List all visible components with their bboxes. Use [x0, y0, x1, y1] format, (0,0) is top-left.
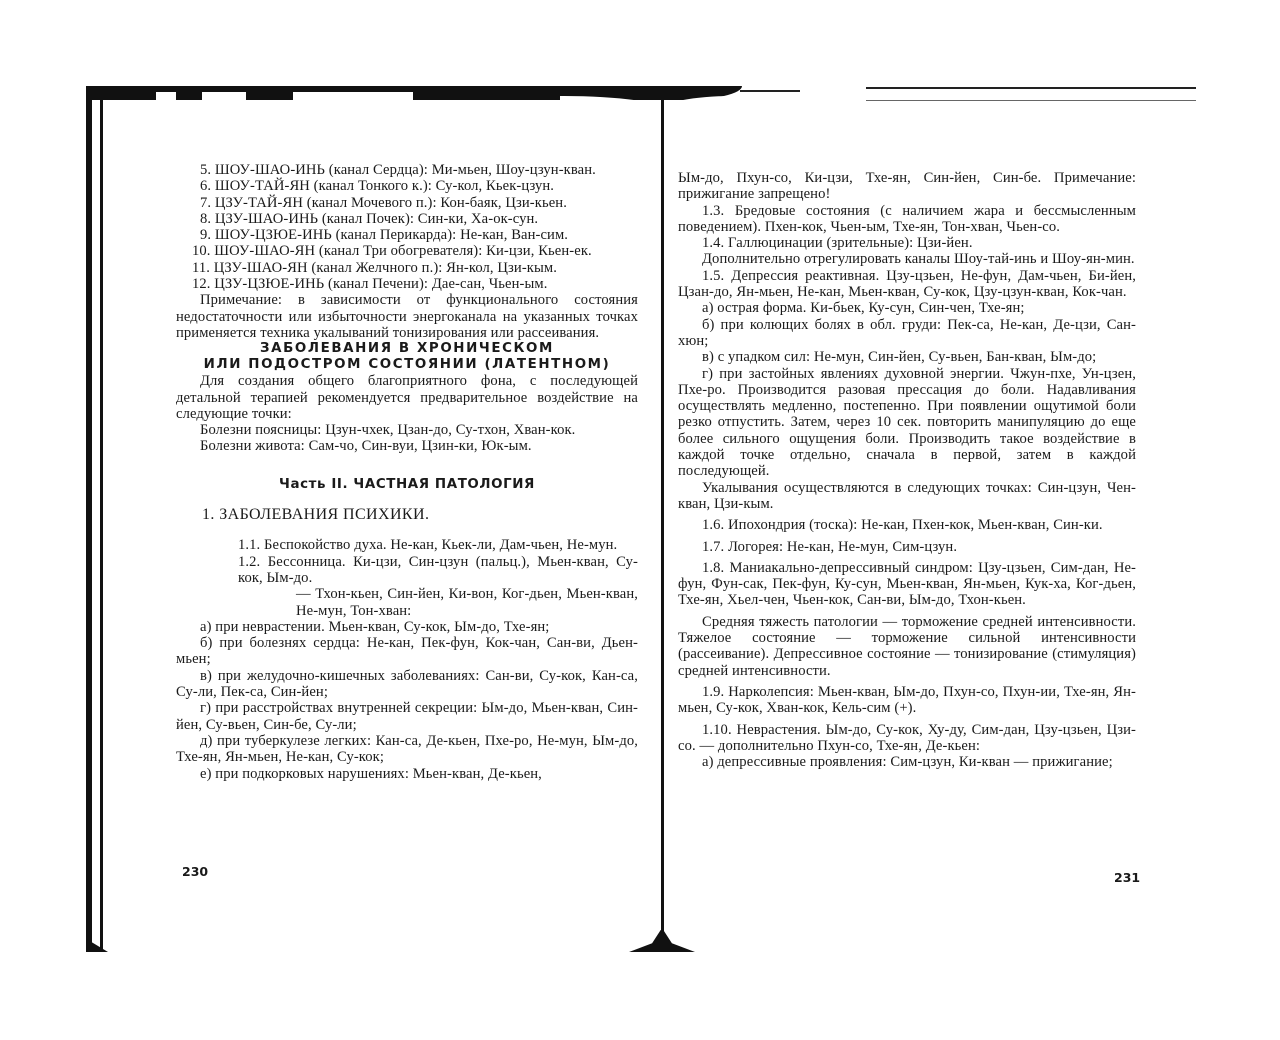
channel-text: ЦЗУ-ЦЗЮЕ-ИНЬ (канал Печени): Дае-сан, Чь… — [214, 276, 547, 292]
subitem-list: а) при неврастении. Мьен-кван, Су-кок, Ы… — [176, 619, 638, 782]
channel-text: ЦЗУ-ШАО-ИНЬ (канал Почек): Син-ки, Ха-ок… — [215, 211, 538, 227]
right-paragraph: 1.7. Логорея: Не-кан, Не-мун, Сим-цзун. — [678, 539, 1136, 555]
right-paragraph: Дополнительно отрегулировать каналы Шоу-… — [678, 251, 1136, 267]
channel-number: 5. — [200, 162, 211, 178]
top-rule — [866, 87, 1196, 89]
right-paragraph: 1.3. Бредовые состояния (с наличием жара… — [678, 203, 1136, 236]
chronic-heading-line1: ЗАБОЛЕВАНИЯ В ХРОНИЧЕСКОМ — [176, 341, 638, 357]
right-paragraph: 1.8. Маниакально-депрессивный синдром: Ц… — [678, 560, 1136, 609]
channel-text: ШОУ-ТАЙ-ЯН (канал Тонкого к.): Су-кол, К… — [215, 178, 554, 194]
intro-paragraph: Для создания общего благоприятного фона,… — [176, 373, 638, 422]
channel-list: 5. ШОУ-ШАО-ИНЬ (канал Сердца): Ми-мьен, … — [176, 162, 638, 292]
book-spine — [661, 100, 664, 940]
abdomen-points: Болезни живота: Сам-чо, Син-вуи, Цзин-ки… — [176, 438, 638, 454]
channel-item: 10. ШОУ-ШАО-ЯН (канал Три обогревателя):… — [176, 243, 638, 259]
page-number-left: 230 — [182, 864, 208, 879]
right-paragraph: Ым-до, Пхун-со, Ки-цзи, Тхе-ян, Син-йен,… — [678, 170, 1136, 203]
right-paragraph: в) с упадком сил: Не-мун, Син-йен, Су-вь… — [678, 349, 1136, 365]
right-paragraph: Средняя тяжесть патологии — торможение с… — [678, 614, 1136, 679]
chronic-heading-line2: ИЛИ ПОДОСТРОМ СОСТОЯНИИ (ЛАТЕНТНОМ) — [176, 357, 638, 373]
item-1-2: 1.2. Бессонница. Ки-цзи, Син-цзун (пальц… — [176, 554, 638, 587]
right-paragraph: Укалывания осуществляются в следующих то… — [678, 480, 1136, 513]
right-paragraph: г) при застойных явлениях духовной энерг… — [678, 366, 1136, 480]
channel-item: 8. ЦЗУ-ШАО-ИНЬ (канал Почек): Син-ки, Ха… — [176, 211, 638, 227]
right-paragraph: а) депрессивные проявления: Сим-цзун, Ки… — [678, 754, 1136, 770]
right-paragraph: 1.9. Нарколепсия: Мьен-кван, Ым-до, Пхун… — [678, 684, 1136, 717]
part-title: Часть II. ЧАСТНАЯ ПАТОЛОГИЯ — [176, 477, 638, 493]
subitem: е) при подкорковых нарушениях: Мьен-кван… — [176, 766, 638, 782]
channel-number: 9. — [200, 227, 211, 243]
channel-number: 10. — [192, 243, 211, 259]
subitem: в) при желудочно-кишечных заболеваниях: … — [176, 668, 638, 701]
subitem: г) при расстройствах внутренней секреции… — [176, 700, 638, 733]
left-page: 5. ШОУ-ШАО-ИНЬ (канал Сердца): Ми-мьен, … — [176, 162, 638, 782]
channel-item: 9. ШОУ-ЦЗЮЕ-ИНЬ (канал Перикарда): Не-ка… — [176, 227, 638, 243]
band-gap — [293, 92, 413, 100]
subitem: б) при болезнях сердца: Не-кан, Пек-фун,… — [176, 635, 638, 668]
channel-text: ШОУ-ШАО-ИНЬ (канал Сердца): Ми-мьен, Шоу… — [215, 162, 596, 178]
section-title: 1. ЗАБОЛЕВАНИЯ ПСИХИКИ. — [202, 507, 638, 523]
channel-number: 6. — [200, 178, 211, 194]
lumbar-points: Болезни поясницы: Цзун-чхек, Цзан-до, Су… — [176, 422, 638, 438]
right-paragraph: 1.6. Ипохондрия (тоска): Не-кан, Пхен-ко… — [678, 517, 1136, 533]
right-paragraph: б) при колющих болях в обл. груди: Пек-с… — [678, 317, 1136, 350]
edge-bar — [86, 96, 92, 952]
channel-number: 11. — [192, 260, 210, 276]
channel-text: ЦЗУ-ТАЙ-ЯН (канал Мочевого п.): Кон-баяк… — [215, 195, 567, 211]
channel-item: 12. ЦЗУ-ЦЗЮЕ-ИНЬ (канал Печени): Дае-сан… — [176, 276, 638, 292]
item-number: 1.2. — [238, 554, 260, 570]
subitem: а) при неврастении. Мьен-кван, Су-кок, Ы… — [176, 619, 638, 635]
right-paragraph: 1.5. Депрессия реактивная. Цзу-цзьен, Не… — [678, 268, 1136, 301]
item-number: 1.1. — [238, 537, 260, 553]
book-spine-foot — [629, 930, 695, 952]
channel-item: 5. ШОУ-ШАО-ИНЬ (канал Сердца): Ми-мьен, … — [176, 162, 638, 178]
channel-item: 11. ЦЗУ-ШАО-ЯН (канал Желчного п.): Ян-к… — [176, 260, 638, 276]
note-paragraph: Примечание: в зависимости от функциональ… — [176, 292, 638, 341]
band-gap — [202, 92, 246, 100]
channel-text: ЦЗУ-ШАО-ЯН (канал Желчного п.): Ян-кол, … — [214, 260, 557, 276]
right-paragraph: 1.4. Галлюцинации (зрительные): Цзи-йен. — [678, 235, 1136, 251]
channel-item: 6. ШОУ-ТАЙ-ЯН (канал Тонкого к.): Су-кол… — [176, 178, 638, 194]
edge-bar — [100, 96, 103, 952]
page-number-right: 231 — [1114, 870, 1140, 885]
right-paragraph: а) острая форма. Ки-бьек, Ку-сун, Син-че… — [678, 300, 1136, 316]
band-gap — [156, 92, 176, 100]
top-rule — [866, 100, 1196, 101]
right-page: Ым-до, Пхун-со, Ки-цзи, Тхе-ян, Син-йен,… — [678, 170, 1136, 770]
channel-text: ШОУ-ЦЗЮЕ-ИНЬ (канал Перикарда): Не-кан, … — [215, 227, 568, 243]
item-1-1: 1.1. Беспокойство духа. Не-кан, Кьек-ли,… — [176, 537, 638, 553]
channel-number: 12. — [192, 276, 211, 292]
left-page-edge — [86, 96, 108, 952]
subitem: д) при туберкулезе легких: Кан-са, Де-кь… — [176, 733, 638, 766]
top-rule — [740, 90, 800, 92]
channel-number: 7. — [200, 195, 211, 211]
right-paragraph: 1.10. Неврастения. Ым-до, Су-кок, Ху-ду,… — [678, 722, 1136, 755]
channel-text: ШОУ-ШАО-ЯН (канал Три обогревателя): Ки-… — [214, 243, 591, 259]
channel-number: 8. — [200, 211, 211, 227]
item-1-2-dash: — Тхон-кьен, Син-йен, Ки-вон, Ког-дьен, … — [176, 586, 638, 619]
item-text: Беспокойство духа. Не-кан, Кьек-ли, Дам-… — [264, 537, 617, 553]
channel-item: 7. ЦЗУ-ТАЙ-ЯН (канал Мочевого п.): Кон-б… — [176, 195, 638, 211]
item-text: Бессонница. Ки-цзи, Син-цзун (пальц.), М… — [238, 554, 638, 586]
